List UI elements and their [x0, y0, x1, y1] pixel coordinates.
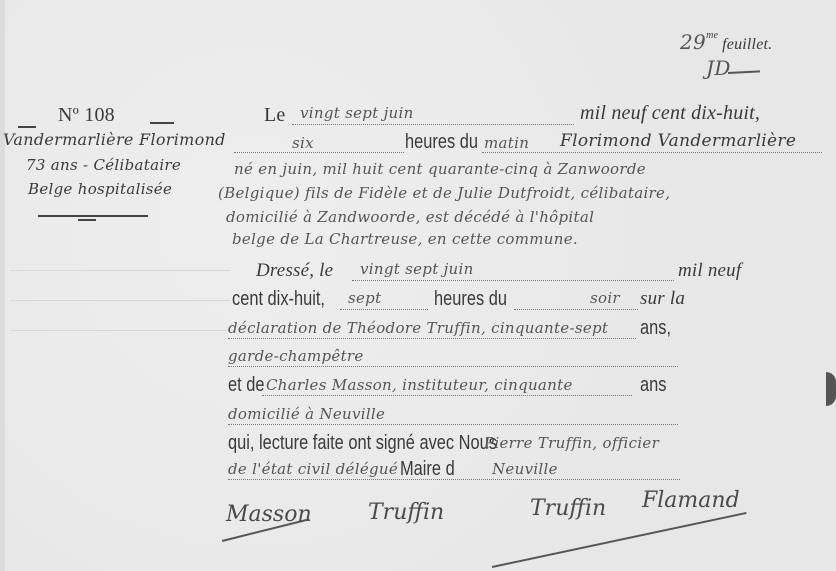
ans-label-2: ans — [640, 374, 666, 397]
sheet-number-value: 29 — [680, 30, 706, 54]
sheet-initials: JD — [706, 56, 731, 80]
birth-line: né en juin, mil huit cent quarante-cinq … — [234, 160, 646, 178]
year-print: mil neuf cent dix-huit, — [580, 102, 760, 125]
declarant2-residence-fill-line — [228, 424, 678, 425]
declarant1-job-hand: garde-champêtre — [228, 347, 364, 365]
record-number-value: 108 — [84, 104, 115, 126]
record-number-prefix: Nº — [58, 104, 79, 126]
signature-declarant1: Truffin — [368, 500, 444, 525]
sheet-number: 29me feuillet. — [680, 30, 772, 54]
margin-age-status: 73 ans - Célibataire — [26, 156, 181, 174]
declarant2-residence-hand: domicilié à Neuville — [228, 405, 385, 423]
death-date-hand: vingt sept juin — [300, 104, 414, 122]
drafted-date-hand: vingt sept juin — [360, 260, 474, 278]
ans-label-1: ans, — [640, 317, 671, 340]
drafted-period-hand: soir — [590, 289, 620, 307]
drafted-hour-hand: sept — [348, 289, 381, 307]
margin-rule — [18, 126, 36, 128]
sheet-number-suffix: me — [706, 30, 718, 41]
signature-additional: Flamand — [642, 488, 740, 513]
declarant2-hand: Charles Masson, instituteur, cinquante — [266, 376, 573, 394]
place-of-death-line: belge de La Chartreuse, en cette commune… — [232, 230, 578, 248]
commune-hand: Neuville — [492, 460, 558, 478]
record-number: Nº 108 — [58, 104, 115, 127]
sur-la-label: sur la — [640, 288, 685, 310]
declarant1-job-fill-line — [228, 366, 678, 367]
margin-nationality: Belge hospitalisée — [28, 180, 172, 198]
death-hour-hand: six — [292, 134, 314, 152]
date-fill-line — [292, 124, 574, 125]
drafted-date-fill-line — [352, 280, 674, 281]
drafted-hour-fill-line — [340, 309, 428, 310]
year-print-b: cent dix-huit, — [232, 288, 325, 311]
et-de-label: et de — [228, 374, 264, 397]
signed-label: qui, lecture faite ont signé avec Nous — [228, 432, 497, 455]
hour-fill-line — [234, 152, 404, 153]
bleed-through-line — [10, 300, 230, 301]
drafted-period-fill-line — [514, 309, 638, 310]
officer-line2-hand: de l'état civil délégué — [228, 460, 398, 478]
le-label: Le — [264, 104, 286, 127]
initials-flourish — [728, 70, 760, 73]
bleed-through-line — [10, 330, 230, 331]
margin-underline — [78, 219, 96, 221]
bleed-through-line — [10, 270, 230, 271]
deceased-name-hand: Florimond Vandermarlière — [560, 131, 796, 151]
binding-mark — [826, 372, 836, 406]
declarant2-fill-line — [262, 395, 632, 396]
signature-officer: Truffin — [530, 496, 606, 521]
declarant1-fill-line — [228, 338, 636, 339]
sheet-label: feuillet. — [722, 36, 772, 53]
maire-label: Maire d — [400, 458, 455, 481]
dresse-label: Dressé, le — [256, 260, 333, 282]
death-period-hand: matin — [484, 134, 529, 152]
name-fill-line — [482, 152, 822, 153]
residence-line: domicilié à Zandwoorde, est décédé à l'h… — [226, 208, 594, 226]
declarant1-hand: déclaration de Théodore Truffin, cinquan… — [228, 319, 608, 337]
signature-declarant2: Masson — [226, 502, 312, 527]
hours-label-2: heures du — [434, 288, 507, 311]
civil-record-page: 29me feuillet. JD Nº 108 Vandermarlière … — [0, 0, 836, 571]
officer-hand: Pierre Truffin, officier — [484, 434, 659, 452]
margin-name: Vandermarlière Florimond — [3, 130, 226, 149]
hours-label: heures du — [405, 131, 478, 154]
parents-line: (Belgique) fils de Fidèle et de Julie Du… — [218, 184, 670, 202]
year-print-a: mil neuf — [678, 260, 741, 282]
page-edge — [0, 0, 5, 571]
margin-rule — [150, 122, 174, 124]
margin-underline — [38, 215, 148, 217]
